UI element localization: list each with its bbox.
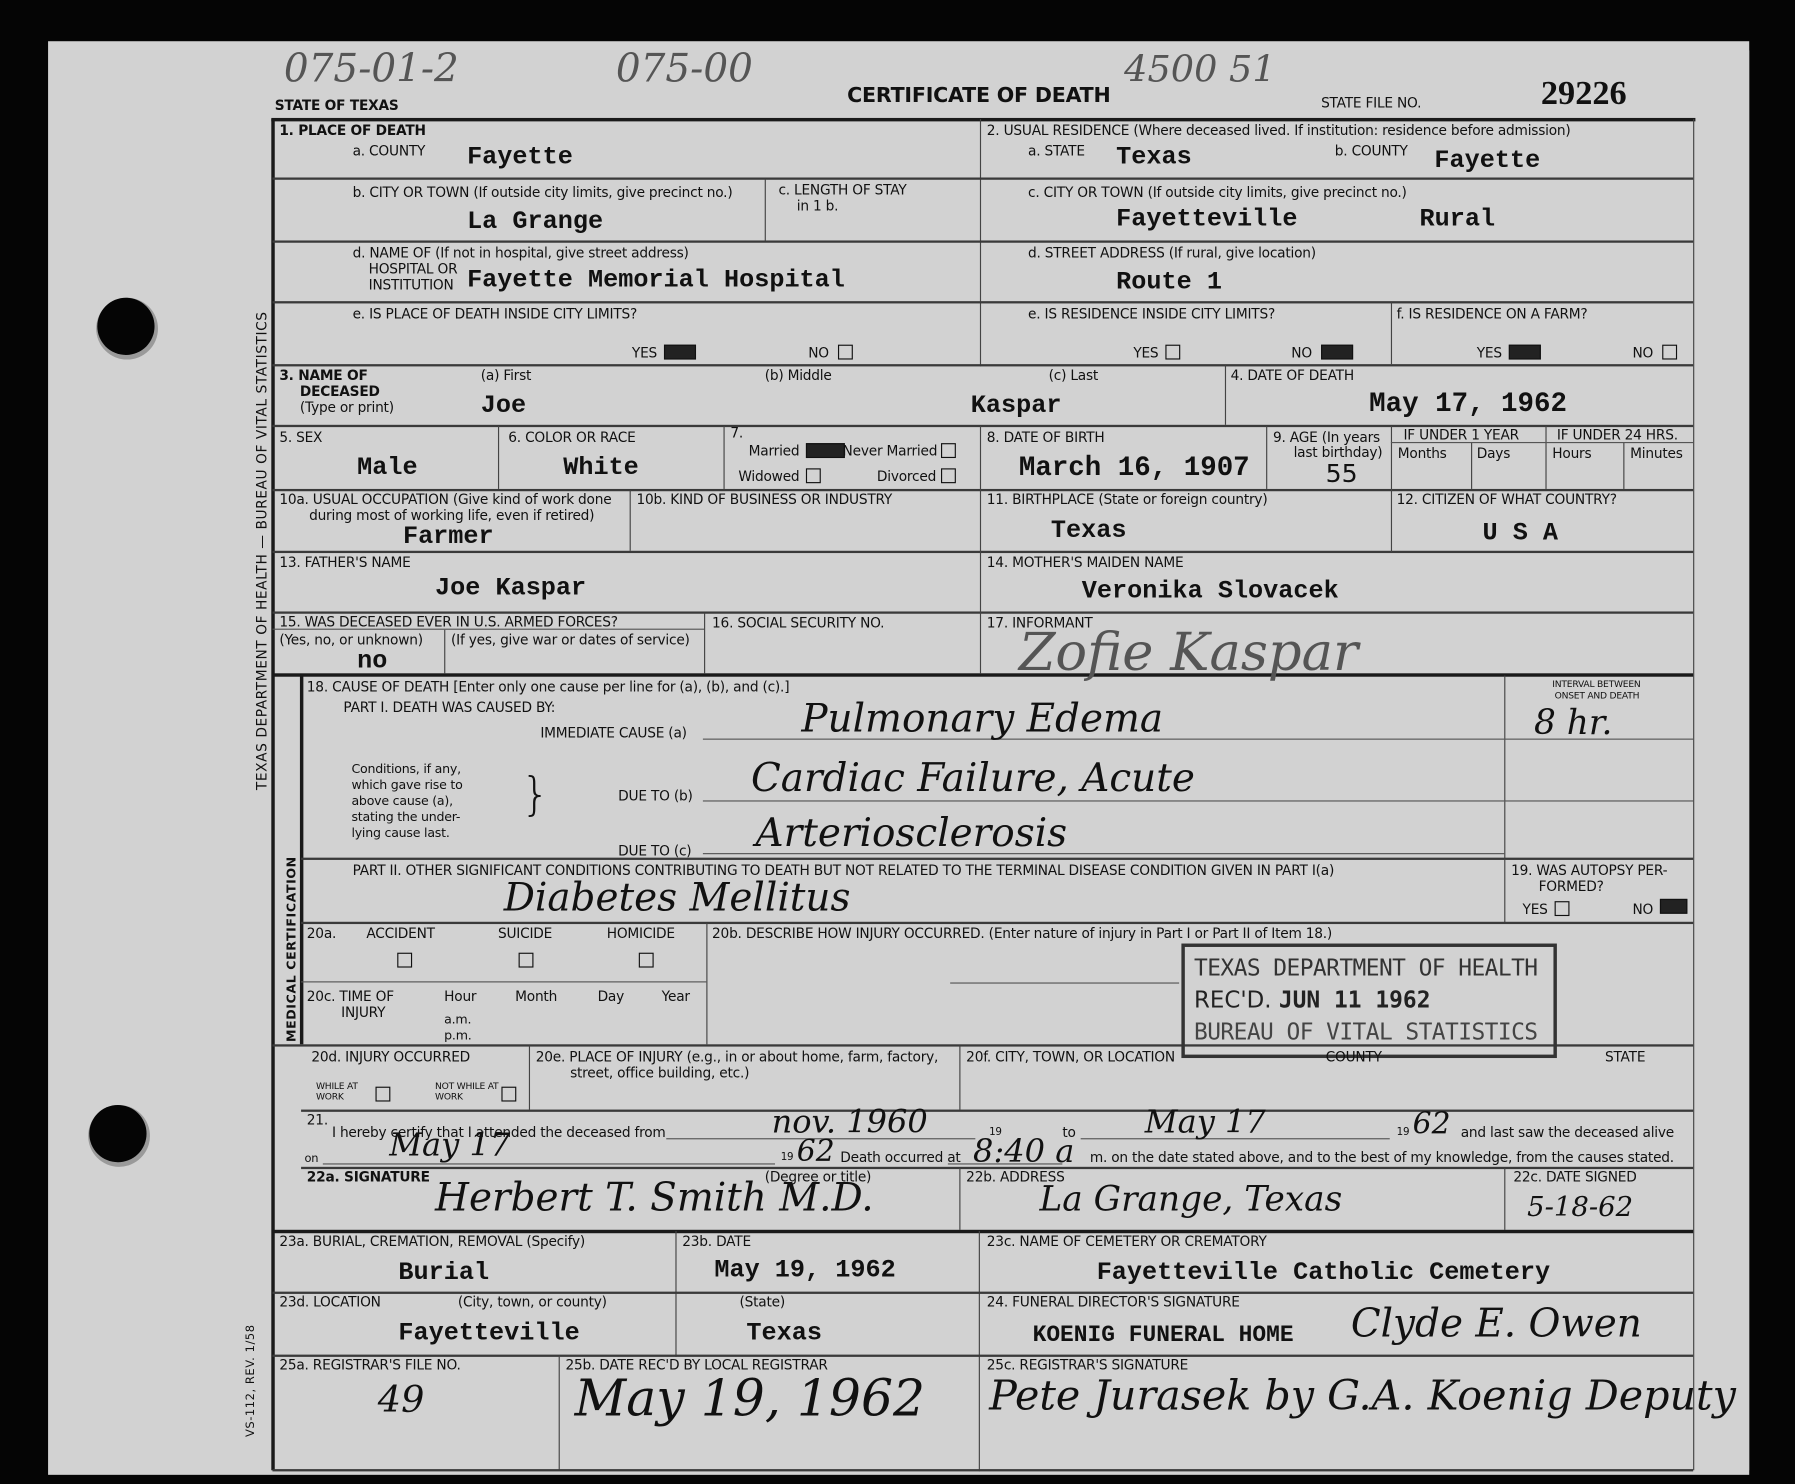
hours-label: Hours <box>1552 447 1591 462</box>
hospital-value: Fayette Memorial Hospital <box>467 267 845 294</box>
minutes-label: Minutes <box>1630 447 1682 462</box>
divider <box>765 179 766 241</box>
death-county-value: Fayette <box>467 144 573 171</box>
am-label: a.m. <box>444 1012 471 1027</box>
attended-to-year: 62 <box>1413 1106 1451 1143</box>
row-line <box>950 982 1179 983</box>
row-line <box>272 551 1693 553</box>
divider <box>1504 676 1505 859</box>
divider <box>980 426 981 673</box>
interval-label: INTERVAL BETWEEN <box>1552 679 1640 689</box>
location-sublabel: (City, town, or county) <box>458 1295 607 1310</box>
place-of-injury-sublabel: street, office building, etc.) <box>570 1066 749 1081</box>
stamp-date: JUN 11 1962 <box>1279 986 1431 1013</box>
armed-forces-sublabel-2: (If yes, give war or dates of service) <box>451 633 690 648</box>
signature-label: 22a. SIGNATURE <box>307 1170 430 1185</box>
mother-value: Veronika Slovacek <box>1082 578 1339 605</box>
dob-value: March 16, 1907 <box>1019 456 1250 483</box>
location-city-value: Fayetteville <box>398 1320 579 1347</box>
father-value: Joe Kaspar <box>435 575 586 602</box>
date-signed-label: 22c. DATE SIGNED <box>1513 1170 1636 1185</box>
divider <box>704 613 705 674</box>
name-label-1: 3. NAME OF <box>279 369 367 384</box>
injury-county-label: COUNTY <box>1326 1050 1382 1065</box>
occupation-label: 10a. USUAL OCCUPATION (Give kind of work… <box>279 492 611 507</box>
inside-city-label: e. IS PLACE OF DEATH INSIDE CITY LIMITS? <box>353 307 638 322</box>
farm-yes-checkbox[interactable] <box>1509 345 1541 360</box>
autopsy-no-checkbox[interactable] <box>1660 899 1687 914</box>
due-to-c-label: DUE TO (c) <box>618 844 691 859</box>
age-sublabel: last birthday) <box>1294 445 1383 460</box>
location-label: 23d. LOCATION <box>279 1295 380 1310</box>
burial-date-label: 23b. DATE <box>682 1234 751 1249</box>
registrar-file-no-label: 25a. REGISTRAR'S FILE NO. <box>279 1358 460 1373</box>
cemetery-label: 23c. NAME OF CEMETERY OR CREMATORY <box>987 1234 1267 1249</box>
no-label: NO <box>808 346 829 361</box>
citizen-label: 12. CITIZEN OF WHAT COUNTRY? <box>1397 492 1617 507</box>
ssn-label: 16. SOCIAL SECURITY NO. <box>712 616 884 631</box>
certificate-title: CERTIFICATE OF DEATH <box>847 85 1110 108</box>
stamp-line-2: REC'D. JUN 11 1962 <box>1194 986 1430 1013</box>
conditions-note: Conditions, if any, <box>351 761 460 776</box>
days-label: Days <box>1477 447 1510 462</box>
injury-occurred-label: 20d. INJURY OCCURRED <box>311 1050 470 1065</box>
conditions-note: lying cause last. <box>351 826 449 841</box>
form-left-border <box>271 119 274 1470</box>
burial-date-value: May 19, 1962 <box>714 1257 895 1284</box>
received-stamp: TEXAS DEPARTMENT OF HEALTH REC'D. JUN 11… <box>1181 944 1556 1059</box>
brace-icon: } <box>521 760 550 829</box>
res-inside-city-label: e. IS RESIDENCE INSIDE CITY LIMITS? <box>1028 307 1275 322</box>
divider <box>529 1045 530 1109</box>
state-of-texas-label: STATE OF TEXAS <box>275 98 399 113</box>
birthplace-value: Texas <box>1051 518 1127 545</box>
immediate-cause-label: IMMEDIATE CAUSE (a) <box>540 726 686 741</box>
cause-of-death-label: 18. CAUSE OF DEATH [Enter only one cause… <box>307 680 790 695</box>
under-24-hrs-label: IF UNDER 24 HRS. <box>1557 428 1678 443</box>
divider <box>444 630 445 674</box>
injury-state-label: STATE <box>1605 1050 1645 1065</box>
location-state-value: Texas <box>746 1320 822 1347</box>
time-of-injury-sublabel: INJURY <box>341 1005 385 1020</box>
disposition-label: 23a. BURIAL, CREMATION, REMOVAL (Specify… <box>279 1234 585 1249</box>
yes-label: YES <box>1133 346 1158 361</box>
divorced-label: Divorced <box>877 469 936 484</box>
due-to-c-value: Arteriosclerosis <box>756 815 1068 852</box>
conditions-note: which gave rise to <box>351 777 462 792</box>
married-checkbox[interactable] <box>806 443 845 458</box>
conditions-note: stating the under- <box>351 810 460 825</box>
res-state-label: a. STATE <box>1028 144 1085 159</box>
hospital-label-3: INSTITUTION <box>369 278 454 293</box>
injury-city-label: 20f. CITY, TOWN, OR LOCATION <box>966 1050 1175 1065</box>
yes-label: YES <box>632 346 657 361</box>
handwritten-code-mid: 075-00 <box>616 50 753 87</box>
row-line <box>301 1110 1693 1112</box>
race-value: White <box>563 455 639 482</box>
certify-text-2: m. on the date stated above, and to the … <box>1090 1151 1674 1166</box>
informant-signature: Zofie Kaspar <box>1019 623 1358 680</box>
last-saw-date: May 17 <box>389 1127 510 1164</box>
res-county-value: Fayette <box>1434 148 1540 175</box>
stamp-line-3: BUREAU OF VITAL STATISTICS <box>1194 1018 1538 1045</box>
row-line <box>301 858 1693 860</box>
divider <box>1504 1168 1505 1230</box>
scanned-document: 075-01-2 075-00 STATE OF TEXAS CERTIFICA… <box>0 0 1795 1484</box>
side-vertical-text: TEXAS DEPARTMENT OF HEALTH — BUREAU OF V… <box>254 311 270 790</box>
location-state-label: (State) <box>740 1295 785 1310</box>
under-1-year-label: IF UNDER 1 YEAR <box>1403 428 1519 443</box>
sex-label: 5. SEX <box>279 431 322 446</box>
age-label: 9. AGE (In years <box>1273 431 1380 446</box>
year-label: Year <box>662 989 690 1004</box>
state-file-no-label: STATE FILE NO. <box>1321 96 1421 111</box>
last-name-value: Kaspar <box>971 393 1062 420</box>
form-right-border <box>1693 119 1694 1470</box>
death-city-value: La Grange <box>467 208 603 235</box>
race-label: 6. COLOR OR RACE <box>508 431 635 446</box>
no-label: NO <box>1291 346 1312 361</box>
divider <box>979 1231 980 1471</box>
stamp-recd-label: REC'D. <box>1194 986 1272 1013</box>
divider <box>498 426 499 489</box>
describe-injury-label: 20b. DESCRIBE HOW INJURY OCCURRED. (Ente… <box>712 926 1332 941</box>
row-line <box>272 1355 1693 1357</box>
divorced-checkbox[interactable] <box>941 468 956 483</box>
registrar-signature-label: 25c. REGISTRAR'S SIGNATURE <box>987 1358 1188 1373</box>
punch-hole-icon <box>89 1105 146 1162</box>
married-label: Married <box>749 444 800 459</box>
death-occurred-label: Death occurred at <box>840 1151 960 1166</box>
never-married-label: Never Married <box>843 444 938 459</box>
row-line <box>1504 800 1693 801</box>
divider <box>1266 426 1267 489</box>
item-21-label: 21. <box>307 1113 328 1128</box>
res-inside-city-no-checkbox[interactable] <box>1321 345 1353 360</box>
interval-value: 8 hr. <box>1534 705 1612 742</box>
funeral-director-signature: Clyde E. Owen <box>1351 1305 1642 1342</box>
divider <box>706 923 707 1044</box>
sex-value: Male <box>357 455 417 482</box>
while-at-work-label: WHILE AT WORK <box>316 1081 369 1102</box>
registrar-signature: Pete Jurasek by G.A. Koenig Deputy <box>989 1374 1736 1420</box>
res-street-value: Route 1 <box>1116 269 1222 296</box>
attended-from-value: nov. 1960 <box>772 1104 928 1141</box>
row-line <box>272 1469 1693 1471</box>
res-city-value: Fayetteville <box>1116 206 1297 233</box>
autopsy-sublabel: FORMED? <box>1539 879 1604 894</box>
no-label: NO <box>1632 346 1653 361</box>
form-top-border <box>271 118 1695 121</box>
usual-residence-label: 2. USUAL RESIDENCE (Where deceased lived… <box>987 124 1571 139</box>
row-line <box>272 301 1693 303</box>
homicide-checkbox[interactable] <box>639 953 654 968</box>
armed-forces-value: no <box>357 648 387 675</box>
autopsy-label: 19. WAS AUTOPSY PER- <box>1511 863 1667 878</box>
name-label-3: (Type or print) <box>300 401 394 416</box>
dob-label: 8. DATE OF BIRTH <box>987 431 1105 446</box>
homicide-label: HOMICIDE <box>607 926 675 941</box>
part1-label: PART I. DEATH WAS CAUSED BY: <box>343 701 555 716</box>
date-of-death-value: May 17, 1962 <box>1369 392 1567 419</box>
while-at-work-checkbox[interactable] <box>375 1087 390 1102</box>
last-name-label: (c) Last <box>1049 369 1098 384</box>
armed-forces-label: 15. WAS DECEASED EVER IN U.S. ARMED FORC… <box>279 615 617 630</box>
yes-label: YES <box>1523 902 1548 917</box>
res-street-label: d. STREET ADDRESS (If rural, give locati… <box>1028 246 1316 261</box>
part2-value: Diabetes Mellitus <box>504 879 851 916</box>
birthplace-label: 11. BIRTHPLACE (State or foreign country… <box>987 492 1268 507</box>
place-of-death-label: 1. PLACE OF DEATH <box>279 124 425 139</box>
disposition-value: Burial <box>398 1260 489 1287</box>
yes-label: YES <box>1477 346 1502 361</box>
hour-label: Hour <box>444 989 476 1004</box>
name-label-2: DECEASED <box>300 385 380 400</box>
suicide-checkbox[interactable] <box>519 953 534 968</box>
widowed-checkbox[interactable] <box>806 468 821 483</box>
divider <box>1225 365 1226 425</box>
funeral-home-value: KOENIG FUNERAL HOME <box>1033 1323 1294 1350</box>
last-saw-text: and last saw the deceased alive <box>1461 1126 1674 1141</box>
res-inside-city-yes-checkbox[interactable] <box>1165 345 1180 360</box>
hospital-label: d. NAME OF (If not in hospital, give str… <box>353 246 689 261</box>
row-line <box>1504 739 1693 740</box>
mother-label: 14. MOTHER'S MAIDEN NAME <box>987 555 1184 570</box>
county-label: a. COUNTY <box>353 144 426 159</box>
age-value: 55 <box>1326 461 1358 488</box>
accident-label: ACCIDENT <box>366 926 434 941</box>
suicide-label: SUICIDE <box>498 926 552 941</box>
attended-to-value: May 17 <box>1145 1104 1266 1141</box>
date-received-value: May 19, 1962 <box>575 1372 925 1427</box>
length-of-stay-sublabel: in 1 b. <box>797 199 838 214</box>
farm-label: f. IS RESIDENCE ON A FARM? <box>1397 307 1588 322</box>
divider <box>559 1356 560 1471</box>
divider <box>1471 442 1472 489</box>
hospital-label-2: HOSPITAL OR <box>369 262 458 277</box>
cemetery-value: Fayetteville Catholic Cemetery <box>1097 1260 1550 1287</box>
date-of-death-label: 4. DATE OF DEATH <box>1231 369 1354 384</box>
occupation-value: Farmer <box>403 523 494 550</box>
stamp-line-1: TEXAS DEPARTMENT OF HEALTH <box>1194 954 1538 981</box>
divider <box>1391 426 1392 552</box>
due-to-b-label: DUE TO (b) <box>618 789 692 804</box>
citizen-value: U S A <box>1482 520 1558 547</box>
last-saw-year: 62 <box>797 1134 835 1171</box>
divider <box>959 1168 960 1230</box>
res-county-label: b. COUNTY <box>1335 144 1408 159</box>
row-line <box>272 240 1693 242</box>
date-signed-value: 5-18-62 <box>1527 1189 1633 1226</box>
divider <box>723 426 724 489</box>
conditions-note: above cause (a), <box>351 794 452 809</box>
nineteen-label: 19 <box>1397 1126 1410 1141</box>
handwritten-file-no: 4500 51 <box>1124 50 1275 87</box>
first-name-label: (a) First <box>481 369 531 384</box>
never-married-checkbox[interactable] <box>941 443 956 458</box>
not-while-at-work-checkbox[interactable] <box>501 1087 516 1102</box>
row-line <box>301 922 1693 924</box>
length-of-stay-label: c. LENGTH OF STAY <box>778 183 906 198</box>
medical-certification-label: MEDICAL CERTIFICATION <box>284 856 299 1042</box>
accident-checkbox[interactable] <box>397 953 412 968</box>
inside-city-no-checkbox[interactable] <box>838 345 853 360</box>
res-city-note: Rural <box>1420 206 1496 233</box>
first-name-value: Joe <box>481 393 526 420</box>
divider <box>1545 426 1546 489</box>
farm-no-checkbox[interactable] <box>1662 345 1677 360</box>
divider <box>959 1045 960 1109</box>
city-label: b. CITY OR TOWN (If outside city limits,… <box>353 185 733 200</box>
row-line <box>301 981 706 982</box>
widowed-label: Widowed <box>738 469 799 484</box>
divider <box>1504 859 1505 923</box>
immediate-cause-value: Pulmonary Edema <box>801 701 1163 738</box>
registrar-file-no-value: 49 <box>378 1381 425 1418</box>
divider <box>1391 302 1392 364</box>
physician-address: La Grange, Texas <box>1039 1182 1342 1219</box>
pm-label: p.m. <box>444 1028 471 1043</box>
form-number: VS-112, REV. 1/58 <box>245 1324 258 1437</box>
manner-label: 20a. <box>307 926 336 941</box>
certificate-number: 29226 <box>1541 80 1627 107</box>
place-of-injury-label: 20e. PLACE OF INJURY (e.g., in or about … <box>536 1050 938 1065</box>
punch-hole-icon <box>97 298 154 355</box>
divider <box>1623 442 1624 489</box>
day-label: Day <box>598 989 624 1004</box>
nineteen-label: 19 <box>781 1151 794 1166</box>
father-label: 13. FATHER'S NAME <box>279 555 410 570</box>
row-line <box>272 673 1693 676</box>
inside-city-yes-checkbox[interactable] <box>664 345 696 360</box>
interval-sublabel: ONSET AND DEATH <box>1555 690 1640 700</box>
armed-forces-sublabel-1: (Yes, no, or unknown) <box>279 633 423 648</box>
no-label: NO <box>1632 902 1653 917</box>
month-label: Month <box>515 989 557 1004</box>
divider <box>630 490 631 551</box>
due-to-b-value: Cardiac Failure, Acute <box>751 760 1195 797</box>
months-label: Months <box>1398 447 1447 462</box>
funeral-director-label: 24. FUNERAL DIRECTOR'S SIGNATURE <box>987 1295 1240 1310</box>
occupation-sublabel: during most of working life, even if ret… <box>309 508 594 523</box>
row-line <box>272 177 1693 179</box>
res-city-label: c. CITY OR TOWN (If outside city limits,… <box>1028 185 1407 200</box>
on-label: on <box>305 1152 319 1167</box>
handwritten-code-left: 075-01-2 <box>284 50 459 87</box>
marital-label: 7. <box>730 426 743 441</box>
row-line <box>272 364 1693 366</box>
death-time-value: 8:40 a <box>973 1134 1074 1171</box>
fill-line <box>323 1163 775 1164</box>
autopsy-yes-checkbox[interactable] <box>1555 901 1570 916</box>
res-state-value: Texas <box>1116 144 1192 171</box>
time-of-injury-label: 20c. TIME OF <box>307 989 394 1004</box>
business-label: 10b. KIND OF BUSINESS OR INDUSTRY <box>636 492 892 507</box>
physician-signature: Herbert T. Smith M.D. <box>435 1179 874 1216</box>
middle-name-label: (b) Middle <box>765 369 832 384</box>
not-while-at-work-label: NOT WHILE AT WORK <box>435 1081 499 1102</box>
